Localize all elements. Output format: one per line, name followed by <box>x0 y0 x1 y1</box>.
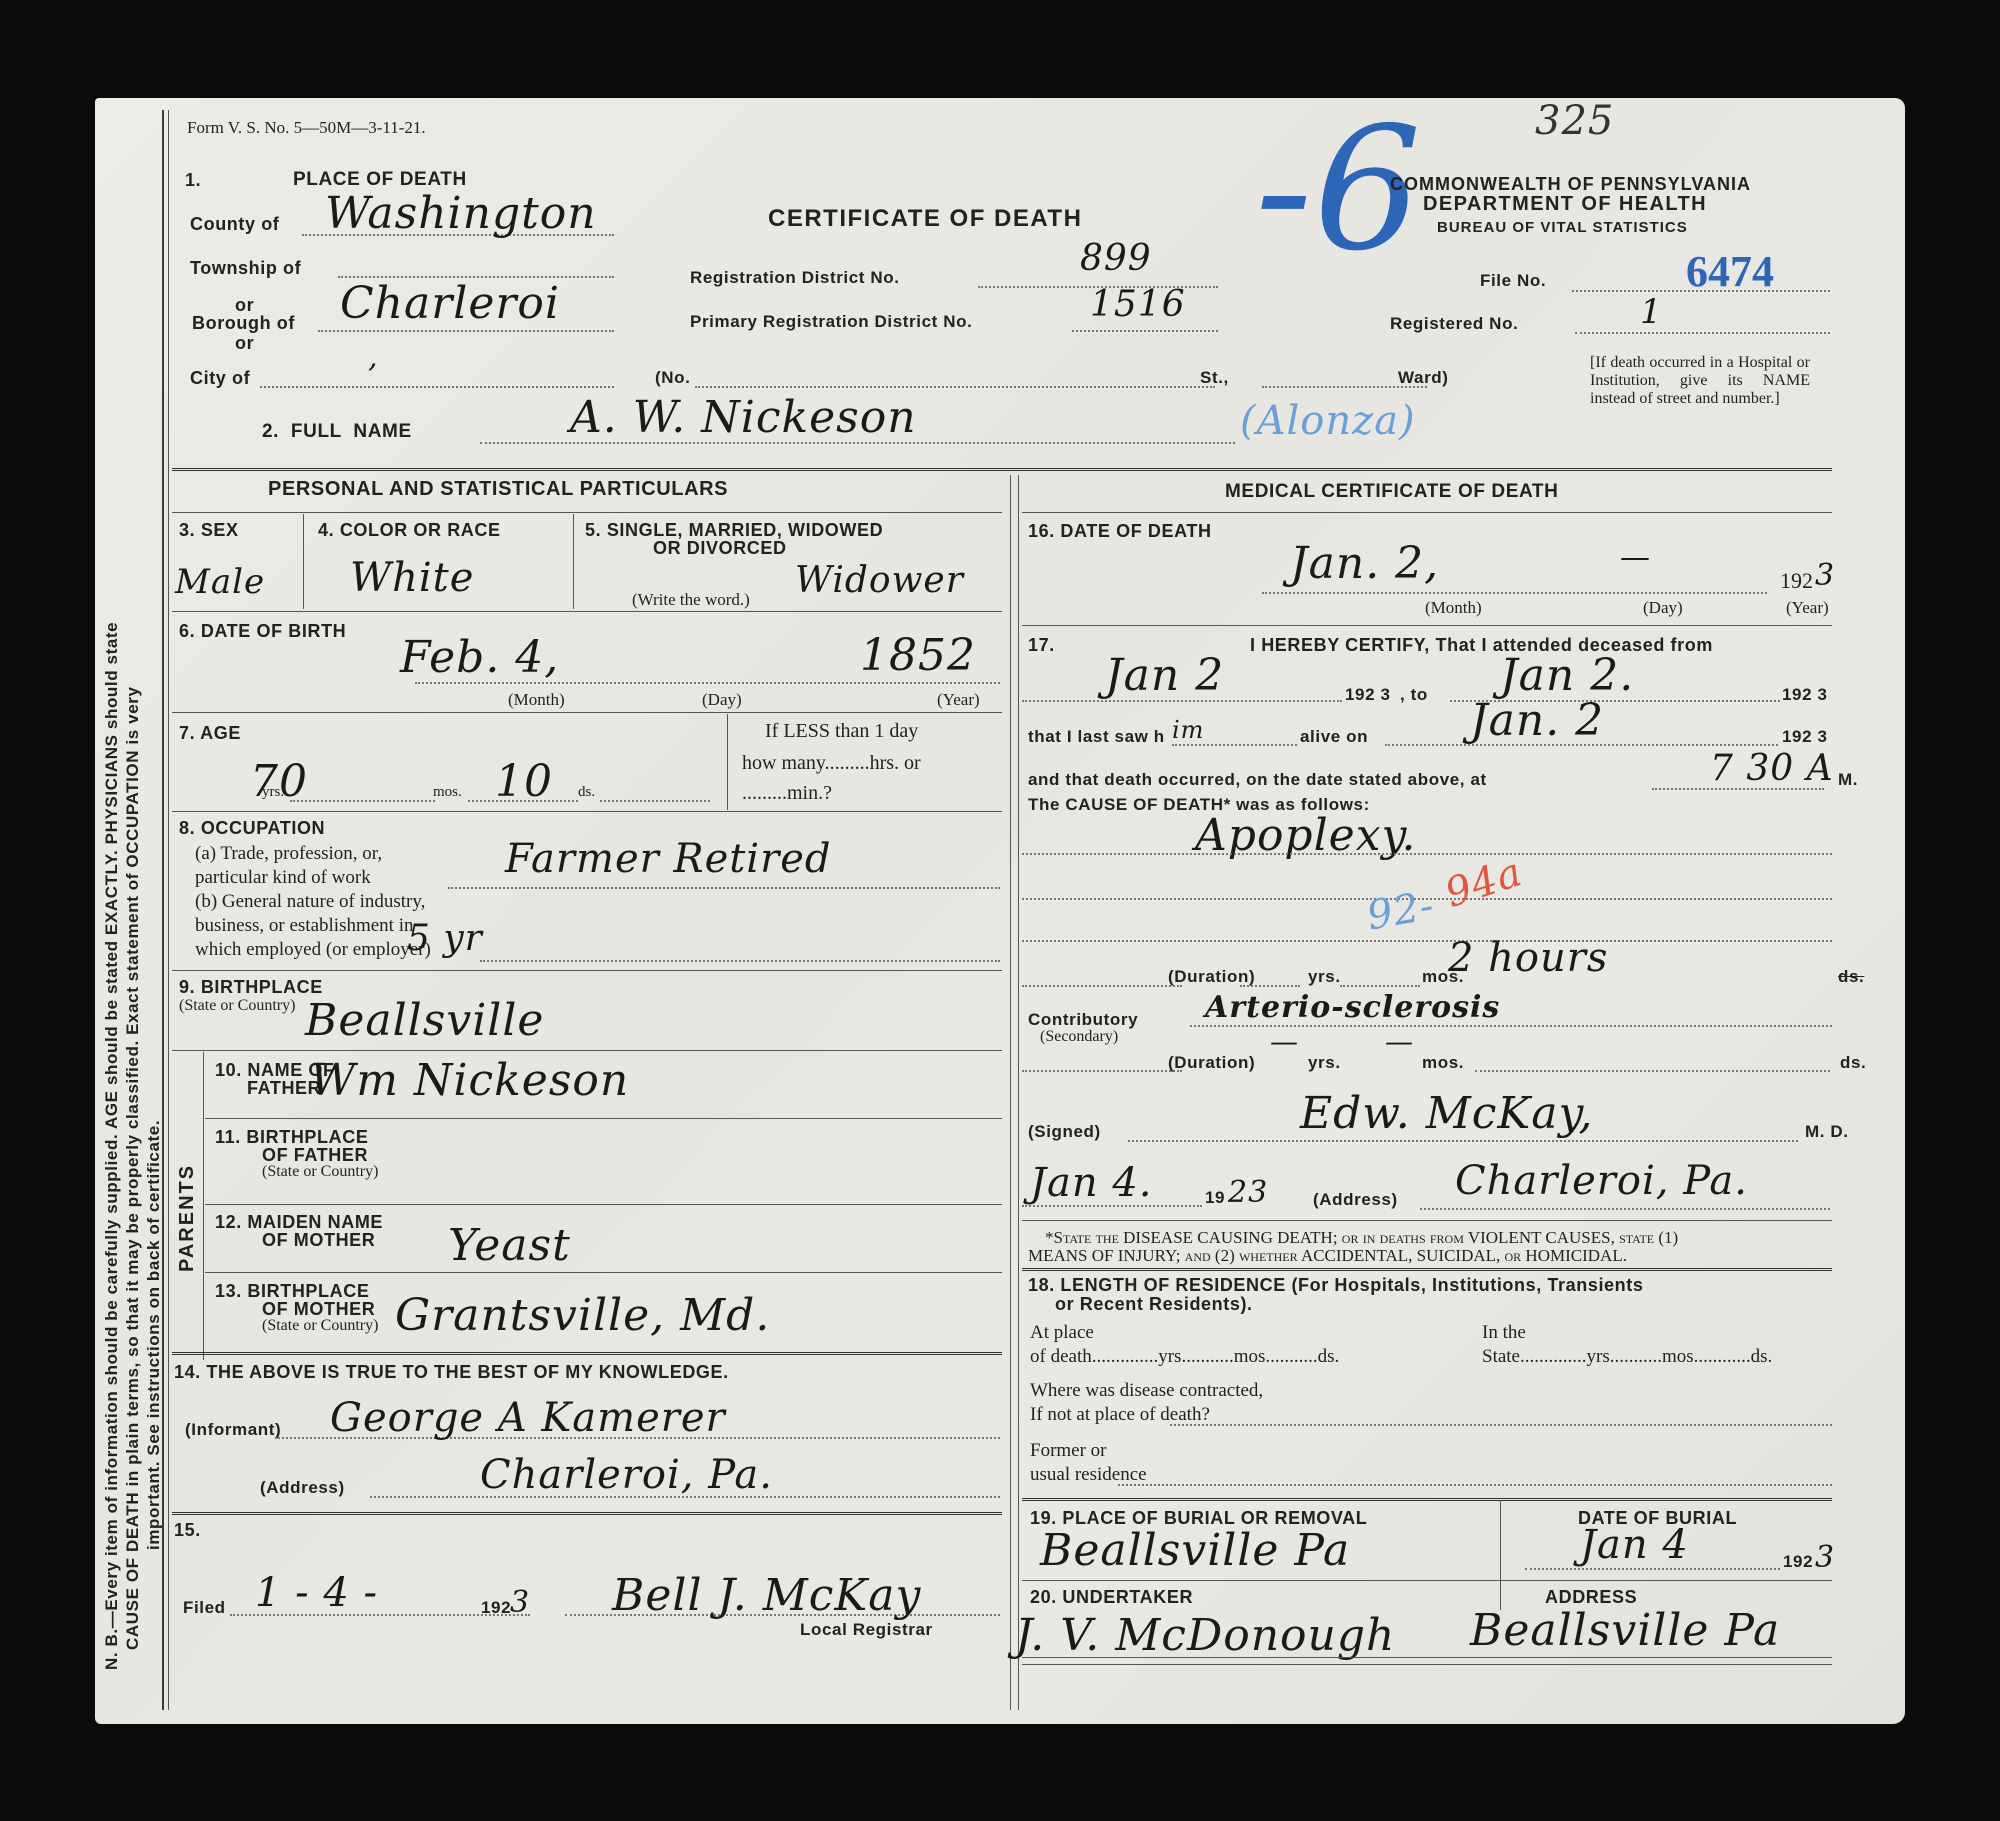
marital-value: Widower <box>795 560 964 601</box>
primary-district-label: Primary Registration District No. <box>690 312 972 332</box>
file-number-label: File No. <box>1480 271 1546 291</box>
informant-address-value: Charleroi, Pa. <box>480 1452 773 1498</box>
registered-number-value: 1 <box>1640 292 1663 332</box>
time-of-death-value: 7 30 A <box>1710 748 1834 789</box>
undertaker-address-value: Beallsville Pa <box>1470 1605 1780 1656</box>
burial-year-prefix: 192 <box>1783 1552 1813 1572</box>
last-saw-year: 192 3 <box>1782 727 1828 747</box>
md-label: M. D. <box>1805 1122 1849 1142</box>
duration-label: (Duration) <box>1168 967 1255 987</box>
contributory-mos-label: mos. <box>1422 1053 1464 1073</box>
county-value: Washington <box>325 188 597 239</box>
time-of-death-suffix: M. <box>1838 770 1858 790</box>
physician-address-value: Charleroi, Pa. <box>1455 1158 1748 1204</box>
county-label: County of <box>190 214 279 235</box>
place-of-death-number: 1. <box>185 170 201 191</box>
attended-to-date: Jan 2. <box>1500 650 1634 701</box>
less-than-day-2: how many.........hrs. or <box>742 752 921 775</box>
sex-label: 3. SEX <box>179 520 239 541</box>
filed-label: Filed <box>183 1598 226 1618</box>
in-state-2: State..............yrs...........mos....… <box>1482 1346 1772 1368</box>
margin-rule <box>162 110 164 1710</box>
footnote-line2: MEANS OF INJURY; and (2) whether ACCIDEN… <box>1028 1246 1627 1266</box>
occupation-b-2: business, or establishment in <box>195 915 413 937</box>
signed-label: (Signed) <box>1028 1122 1101 1142</box>
city-value: , <box>368 340 379 375</box>
issuer-line1: COMMONWEALTH OF PENNSYLVANIA <box>1390 174 1751 195</box>
margin-note-line3: important. See instructions on back of c… <box>144 1120 164 1550</box>
borough-value: Charleroi <box>340 278 560 329</box>
dob-month-hint: (Month) <box>508 690 565 710</box>
mother-birthplace-value: Grantsville, Md. <box>395 1290 770 1341</box>
date-of-death-month-day: Jan. 2, <box>1290 538 1439 589</box>
physician-address-label: (Address) <box>1313 1190 1398 1210</box>
city-label: City of <box>190 368 250 389</box>
margin-rule-inner <box>168 110 169 1710</box>
registrar-label: Local Registrar <box>800 1620 933 1640</box>
margin-note-line2: CAUSE OF DEATH in plain terms, so that i… <box>123 686 143 1650</box>
certify-text: I HEREBY CERTIFY, That I attended deceas… <box>1250 635 1713 656</box>
given-name-annotation: (Alonza) <box>1240 398 1416 444</box>
attended-from-date: Jan 2 <box>1105 650 1224 701</box>
in-state-1: In the <box>1482 1322 1526 1344</box>
sex-value: Male <box>175 562 265 602</box>
registration-district-label: Registration District No. <box>690 268 900 288</box>
occupation-b-value: 5 yr <box>407 918 483 959</box>
informant-address-label: (Address) <box>260 1478 345 1498</box>
parents-label: PARENTS <box>176 1164 199 1272</box>
dob-month-day: Feb. 4, <box>400 632 559 683</box>
occupation-a-value: Farmer Retired <box>505 836 832 882</box>
mother-label-2: OF MOTHER <box>262 1230 375 1251</box>
duration-ds-label: ds. <box>1838 967 1864 987</box>
full-name-label: 2. FULL NAME <box>262 421 412 443</box>
undertaker-label: 20. UNDERTAKER <box>1030 1587 1193 1608</box>
mother-birthplace-hint: (State or Country) <box>262 1317 378 1335</box>
date-of-death-day: — <box>1620 540 1651 575</box>
father-birthplace-hint: (State or Country) <box>262 1163 378 1181</box>
contributory-ds-label: ds. <box>1840 1053 1866 1073</box>
alive-on-label: alive on <box>1300 727 1368 747</box>
former-residence-1: Former or <box>1030 1440 1107 1462</box>
race-value: White <box>350 555 474 601</box>
less-than-day-1: If LESS than 1 day <box>765 720 918 743</box>
age-label: 7. AGE <box>179 723 241 744</box>
issuer-line3: BUREAU OF VITAL STATISTICS <box>1437 219 1688 236</box>
registrar-signature: Bell J. McKay <box>612 1570 921 1621</box>
signed-year-prefix: 19 <box>1205 1188 1225 1208</box>
medical-heading: MEDICAL CERTIFICATE OF DEATH <box>1225 481 1558 503</box>
residence-heading-2: or Recent Residents). <box>1055 1294 1253 1315</box>
informant-label: (Informant) <box>185 1420 281 1440</box>
contributory-duration-mos: — <box>1385 1025 1414 1058</box>
occupation-label: 8. OCCUPATION <box>179 818 325 839</box>
filed-year-suffix: 3 <box>510 1585 530 1620</box>
informant-heading: 14. THE ABOVE IS TRUE TO THE BEST OF MY … <box>174 1362 729 1383</box>
dob-year: 1852 <box>860 630 976 681</box>
dod-day-hint: (Day) <box>1643 598 1683 618</box>
dob-day-hint: (Day) <box>702 690 742 710</box>
undertaker-value: J. V. McDonough <box>1015 1610 1395 1661</box>
contributory-duration-label: (Duration) <box>1168 1053 1255 1073</box>
informant-value: George A Kamerer <box>330 1395 726 1441</box>
age-months-value: 10 <box>495 756 553 807</box>
contracted-2: If not at place of death? <box>1030 1404 1210 1426</box>
street-label: St., <box>1200 368 1229 388</box>
birthplace-hint: (State or Country) <box>179 997 295 1015</box>
marital-label-2: OR DIVORCED <box>653 538 787 559</box>
dob-year-hint: (Year) <box>937 690 980 710</box>
less-than-day-3: .........min.? <box>742 782 832 805</box>
time-of-death-label: and that death occurred, on the date sta… <box>1028 770 1487 790</box>
certify-number: 17. <box>1028 635 1055 656</box>
mother-value: Yeast <box>448 1220 571 1271</box>
footnote-line1: *State the DISEASE CAUSING DEATH; or in … <box>1045 1228 1678 1248</box>
registered-number-label: Registered No. <box>1390 314 1518 334</box>
hospital-note: [If death occurred in a Hospital or Inst… <box>1590 354 1810 408</box>
primary-district-value: 1516 <box>1090 284 1186 325</box>
age-mos-label: mos. <box>433 784 462 801</box>
race-label: 4. COLOR OR RACE <box>318 520 501 541</box>
margin-note-line1: N. B.—Every item of information should b… <box>102 622 122 1670</box>
occupation-a-2: particular kind of work <box>195 867 371 889</box>
former-residence-2: usual residence <box>1030 1464 1147 1486</box>
residence-heading-1: 18. LENGTH OF RESIDENCE (For Hospitals, … <box>1028 1275 1643 1296</box>
full-name-value: A. W. Nickeson <box>570 392 917 443</box>
date-of-death-label: 16. DATE OF DEATH <box>1028 521 1212 542</box>
burial-place-value: Beallsville Pa <box>1040 1525 1350 1576</box>
signed-year-suffix: 23 <box>1228 1175 1268 1210</box>
contributory-label: Contributory <box>1028 1010 1138 1030</box>
contributory-value: Arterio-sclerosis <box>1205 990 1500 1025</box>
birthplace-value: Beallsville <box>305 995 544 1046</box>
burial-year-suffix: 3 <box>1815 1540 1835 1575</box>
date-of-death-year-prefix: 192 <box>1780 568 1813 594</box>
father-value: Wm Nickeson <box>310 1055 629 1106</box>
filed-date: 1 - 4 - <box>255 1570 378 1616</box>
birthplace-label: 9. BIRTHPLACE <box>179 977 323 998</box>
last-saw-date: Jan. 2 <box>1470 695 1604 746</box>
contributory-duration-yrs: — <box>1270 1025 1299 1058</box>
signed-date: Jan 4. <box>1030 1160 1153 1206</box>
occupation-b-1: (b) General nature of industry, <box>195 891 425 913</box>
certificate-title: CERTIFICATE OF DEATH <box>768 205 1082 233</box>
borough-label: Borough of <box>192 313 295 334</box>
date-of-death-year-suffix: 3 <box>1815 558 1835 593</box>
dod-year-hint: (Year) <box>1786 598 1829 618</box>
or-2: or <box>235 333 254 354</box>
filed-section-number: 15. <box>174 1520 201 1541</box>
physician-signature: Edw. McKay, <box>1300 1088 1594 1139</box>
last-saw-label: that I last saw h <box>1028 727 1165 747</box>
file-number-value: 6474 <box>1686 246 1774 297</box>
personal-heading: PERSONAL AND STATISTICAL PARTICULARS <box>268 478 728 501</box>
township-label: Township of <box>190 258 301 279</box>
contributory-yrs-label: yrs. <box>1308 1053 1341 1073</box>
filed-year-prefix: 192 <box>481 1598 511 1618</box>
last-saw-pronoun: im <box>1172 716 1204 744</box>
contracted-1: Where was disease contracted, <box>1030 1380 1263 1402</box>
registration-district-value: 899 <box>1080 238 1152 279</box>
street-number-label: (No. <box>655 368 690 388</box>
issuer-line2: DEPARTMENT OF HEALTH <box>1423 193 1707 216</box>
at-place-2: of death..............yrs...........mos.… <box>1030 1346 1339 1368</box>
attended-from-year: 192 3 <box>1345 685 1391 705</box>
attended-to-year: 192 3 <box>1782 685 1828 705</box>
attended-to-label: , to <box>1400 685 1428 705</box>
dob-label: 6. DATE OF BIRTH <box>179 621 346 642</box>
marital-hint: (Write the word.) <box>632 590 750 610</box>
occupation-a-1: (a) Trade, profession, or, <box>195 843 382 865</box>
at-place-1: At place <box>1030 1322 1094 1344</box>
burial-date-value: Jan 4 <box>1580 1522 1689 1568</box>
form-number: Form V. S. No. 5—50M—3-11-21. <box>187 118 426 138</box>
contributory-hint: (Secondary) <box>1040 1028 1118 1046</box>
top-number: 325 <box>1535 98 1614 144</box>
age-ds-label: ds. <box>578 784 595 801</box>
ward-label: Ward) <box>1398 368 1449 388</box>
duration-value: 2 hours <box>1448 935 1608 981</box>
duration-yrs-label: yrs. <box>1308 967 1341 987</box>
dod-month-hint: (Month) <box>1425 598 1482 618</box>
age-years-value: 70 <box>250 756 308 807</box>
occupation-b-3: which employed (or employer) <box>195 939 431 961</box>
